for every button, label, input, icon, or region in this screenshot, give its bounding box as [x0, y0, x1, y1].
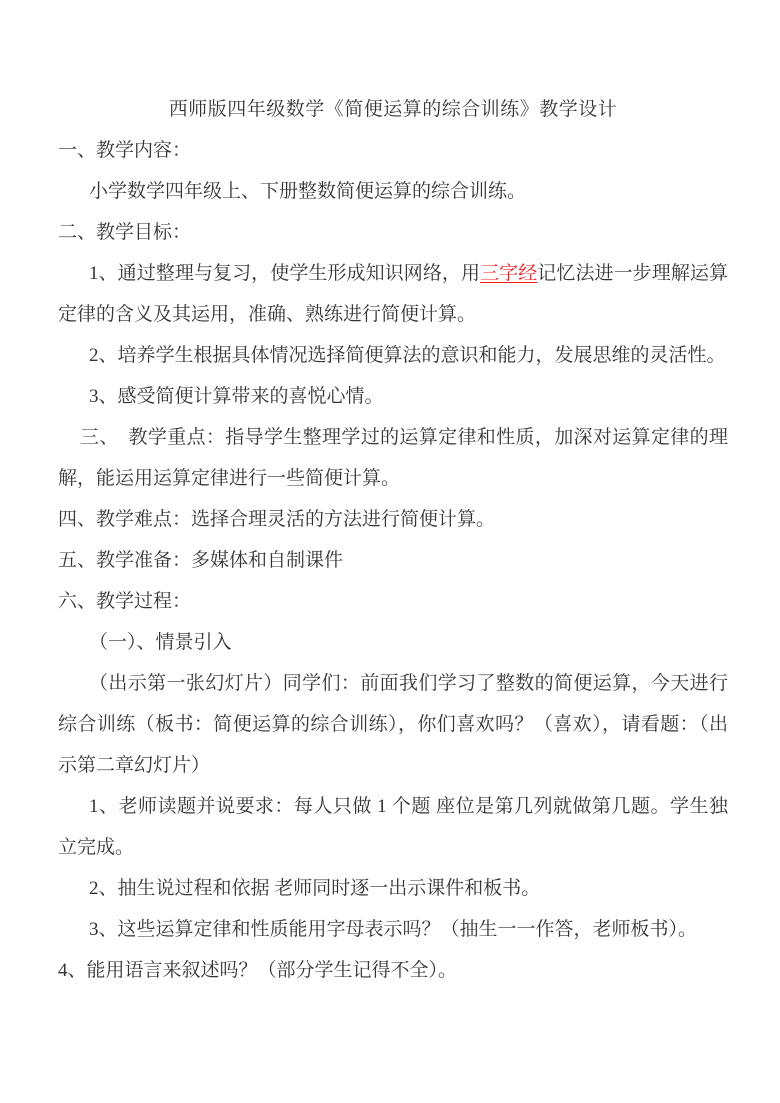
- heading-teaching-process: 六、教学过程：: [58, 581, 728, 622]
- document-page: 西师版四年级数学《简便运算的综合训练》教学设计 一、教学内容：小学数学四年级上、…: [0, 0, 780, 1103]
- para-objective-2: 2、培养学生根据具体情况选择简便算法的意识和能力，发展思维的灵活性。: [58, 335, 728, 376]
- text-run: 三、 教学重点：指导学生整理学过的运算定律和性质，加深对运算定律的理解，能运用运…: [58, 427, 728, 489]
- para-teaching-key-points: 三、 教学重点：指导学生整理学过的运算定律和性质，加深对运算定律的理解，能运用运…: [58, 417, 728, 499]
- para-objective-1: 1、通过整理与复习，使学生形成知识网络，用三字经记忆法进一步理解运算定律的含义及…: [58, 253, 728, 335]
- para-scene-introduction: （出示第一张幻灯片）同学们：前面我们学习了整数的简便运算，今天进行综合训练（板书…: [58, 663, 728, 786]
- heading-teaching-objectives: 二、教学目标：: [58, 212, 728, 253]
- text-run: 4、能用语言来叙述吗？（部分学生记得不全）。: [58, 960, 457, 981]
- text-run: 1、通过整理与复习，使学生形成知识网络，用: [89, 263, 480, 284]
- highlighted-term: 三字经: [480, 263, 537, 284]
- para-teaching-difficulties: 四、教学难点：选择合理灵活的方法进行简便计算。: [58, 499, 728, 540]
- text-run: 1、老师读题并说要求：每人只做 1 个题 座位是第几列就做第几题。学生独立完成。: [58, 796, 728, 858]
- text-run: 3、这些运算定律和性质能用字母表示吗？（抽生一一作答，老师板书）。: [89, 919, 697, 940]
- text-run: 二、教学目标：: [58, 222, 191, 243]
- heading-scene-introduction: （一）、情景引入: [58, 622, 728, 663]
- text-run: 四、教学难点：选择合理灵活的方法进行简便计算。: [58, 509, 495, 530]
- document-body: 一、教学内容：小学数学四年级上、下册整数简便运算的综合训练。二、教学目标：1、通…: [58, 130, 728, 991]
- text-run: 五、教学准备：多媒体和自制课件: [58, 550, 343, 571]
- text-run: 2、培养学生根据具体情况选择简便算法的意识和能力，发展思维的灵活性。: [89, 345, 726, 366]
- text-run: 3、感受简便计算带来的喜悦心情。: [89, 386, 384, 407]
- para-process-step-3: 3、这些运算定律和性质能用字母表示吗？（抽生一一作答，老师板书）。: [58, 909, 728, 950]
- para-objective-3: 3、感受简便计算带来的喜悦心情。: [58, 376, 728, 417]
- para-process-step-2: 2、抽生说过程和依据 老师同时逐一出示课件和板书。: [58, 868, 728, 909]
- para-teaching-preparation: 五、教学准备：多媒体和自制课件: [58, 540, 728, 581]
- para-process-step-1: 1、老师读题并说要求：每人只做 1 个题 座位是第几列就做第几题。学生独立完成。: [58, 786, 728, 868]
- text-run: 一、教学内容：: [58, 140, 191, 161]
- heading-teaching-content: 一、教学内容：: [58, 130, 728, 171]
- para-process-step-4: 4、能用语言来叙述吗？（部分学生记得不全）。: [58, 950, 728, 991]
- text-run: 小学数学四年级上、下册整数简便运算的综合训练。: [89, 181, 526, 202]
- para-teaching-content: 小学数学四年级上、下册整数简便运算的综合训练。: [58, 171, 728, 212]
- document-title: 西师版四年级数学《简便运算的综合训练》教学设计: [58, 89, 728, 130]
- text-run: （出示第一张幻灯片）同学们：前面我们学习了整数的简便运算，今天进行综合训练（板书…: [58, 673, 728, 776]
- text-run: 六、教学过程：: [58, 591, 191, 612]
- text-run: （一）、情景引入: [89, 632, 232, 653]
- text-run: 2、抽生说过程和依据 老师同时逐一出示课件和板书。: [89, 878, 540, 899]
